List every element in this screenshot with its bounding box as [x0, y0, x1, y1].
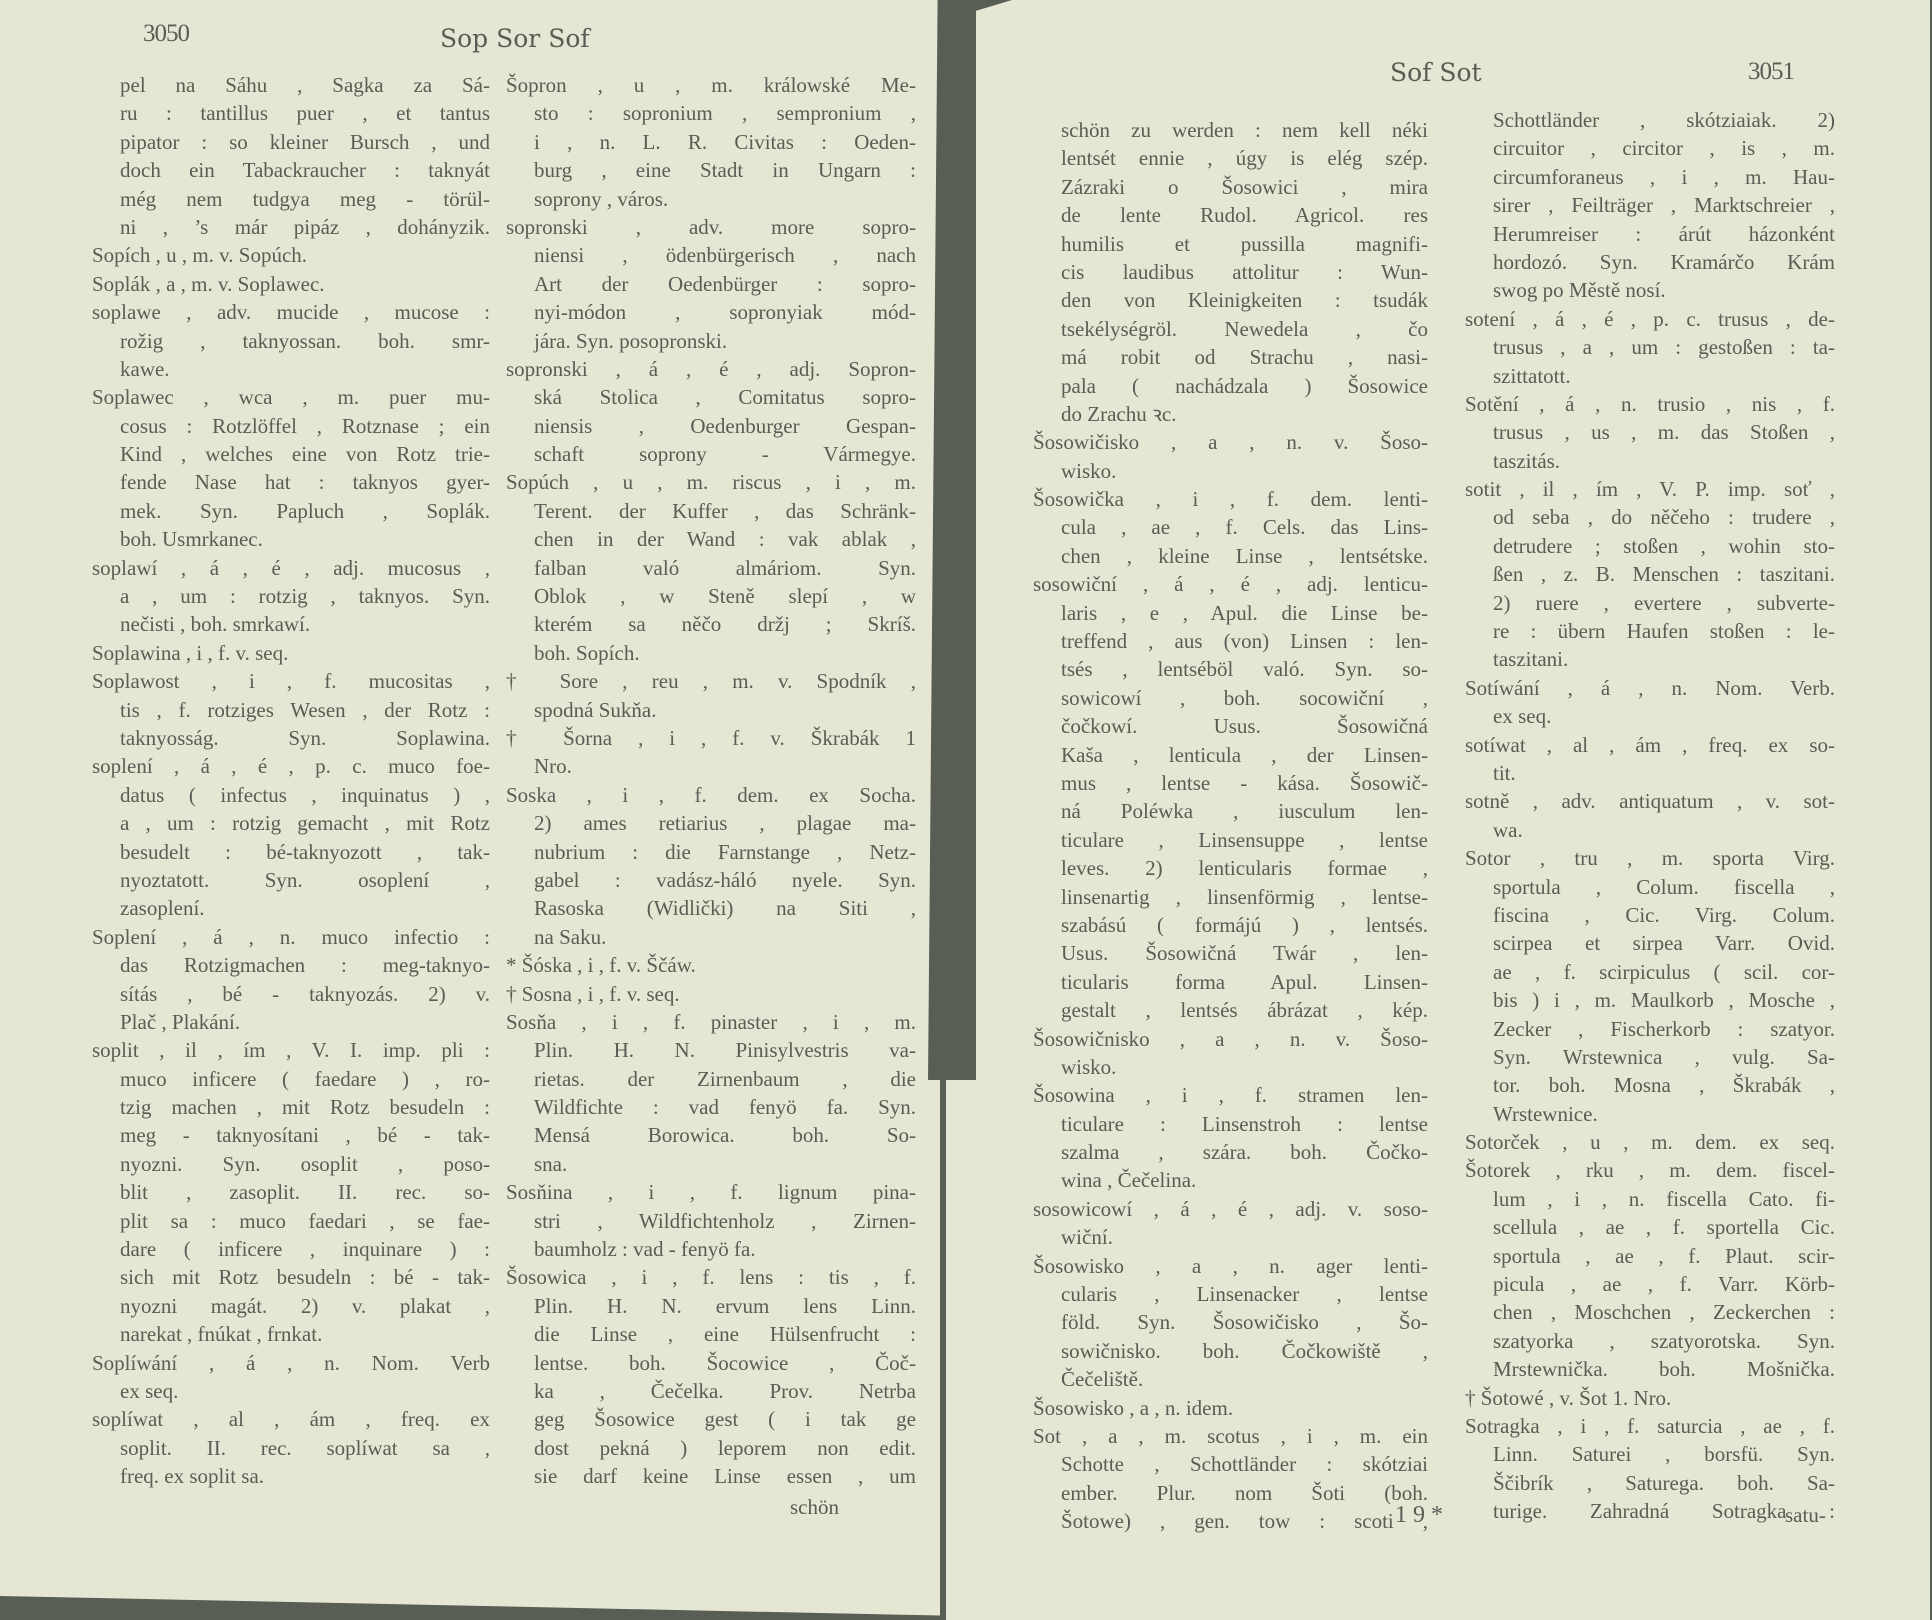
entry-headword-line: soplawí , á , é , adj. mucosus , — [92, 554, 490, 582]
entry-headword-line: Soplawec , wca , m. puer mu- — [92, 383, 490, 411]
entry-continuation-line: muco inficere ( faedare ) , ro- — [92, 1065, 490, 1093]
entry-headword-line: soplení , á , é , p. c. muco foe- — [92, 752, 490, 780]
entry-continuation-line: szatyorka , szatyorotska. Syn. — [1465, 1327, 1835, 1355]
entry-continuation-line: lentsét ennie , úgy is elég szép. — [1033, 144, 1428, 172]
entry-headword-line: Sotragka , i , f. saturcia , ae , f. — [1465, 1412, 1835, 1440]
entry-continuation-line: mus , lentse - kása. Šosowič- — [1033, 769, 1428, 797]
entry-continuation-line: chen , kleine Linse , lentsétske. — [1033, 542, 1428, 570]
entry-continuation-line: trusus , a , um : gestoßen : ta- — [1465, 333, 1835, 361]
entry-continuation-line: blit , zasoplit. II. rec. so- — [92, 1178, 490, 1206]
entry-continuation-line: taszitás. — [1465, 447, 1835, 475]
entry-continuation-line: plit sa : muco faedari , se fae- — [92, 1207, 490, 1235]
entry-continuation-line: Syn. Wrstewnica , vulg. Sa- — [1465, 1043, 1835, 1071]
right-page: Sof Sot 3051 schön zu werden : nem kell … — [975, 0, 1932, 1620]
entry-continuation-line: leves. 2) lenticularis formae , — [1033, 854, 1428, 882]
entry-headword-line: Sopúch , u , m. riscus , i , m. — [506, 468, 916, 496]
entry-continuation-line: lum , i , n. fiscella Cato. fi- — [1465, 1185, 1835, 1213]
entry-continuation-line: turige. Zahradná Sotragka : — [1465, 1497, 1835, 1525]
entry-continuation-line: de lente Rudol. Agricol. res — [1033, 201, 1428, 229]
entry-continuation-line: Oblok , w Steně slepí , w — [506, 582, 916, 610]
entry-continuation-line: a , um : rotzig , taknyos. Syn. — [92, 582, 490, 610]
entry-continuation-line: wisko. — [1033, 1053, 1428, 1081]
entry-continuation-line: wisko. — [1033, 457, 1428, 485]
entry-continuation-line: chen in der Wand : vak ablak , — [506, 525, 916, 553]
entry-continuation-line: rožig , taknyossan. boh. smr- — [92, 327, 490, 355]
entry-headword-line: Soplíwání , á , n. Nom. Verb — [92, 1349, 490, 1377]
entry-continuation-line: ex seq. — [1465, 702, 1835, 730]
entry-continuation-line: fende Nase hat : taknyos gyer- — [92, 468, 490, 496]
entry-continuation-line: Kaša , lenticula , der Linsen- — [1033, 741, 1428, 769]
entry-headword-line: Sosňa , i , f. pinaster , i , m. — [506, 1008, 916, 1036]
entry-continuation-line: ná Poléwka , iusculum len- — [1033, 797, 1428, 825]
entry-continuation-line: Usus. Šosowičná Twár , len- — [1033, 939, 1428, 967]
entry-continuation-line: Čečeliště. — [1033, 1365, 1428, 1393]
entry-continuation-line: ticulare , Linsensuppe , lentse — [1033, 826, 1428, 854]
entry-continuation-line: Nro. — [506, 752, 916, 780]
entry-continuation-line: Plin. H. N. Pinisylvestris va- — [506, 1036, 916, 1064]
entry-headword-line: sotení , á , é , p. c. trusus , de- — [1465, 305, 1835, 333]
entry-continuation-line: 2) ruere , evertere , subverte- — [1465, 589, 1835, 617]
entry-continuation-line: Plač , Plakání. — [92, 1008, 490, 1036]
entry-continuation-line: Schotte , Schottländer : skótziai — [1033, 1450, 1428, 1478]
entry-continuation-line: ni , ’s már pipáz , dohányzik. — [92, 213, 490, 241]
entry-continuation-line: jára. Syn. posopronski. — [506, 327, 916, 355]
entry-headword-line: Šosowica , i , f. lens : tis , f. — [506, 1263, 916, 1291]
entry-headword-line: Sotění , á , n. trusio , nis , f. — [1465, 390, 1835, 418]
entry-continuation-line: baumholz : vad - fenyö fa. — [506, 1235, 916, 1263]
entry-continuation-line: circuitor , circitor , is , m. — [1465, 134, 1835, 162]
entry-continuation-line: das Rotzigmachen : meg-taknyo- — [92, 951, 490, 979]
entry-continuation-line: tor. boh. Mosna , Škrabák , — [1465, 1071, 1835, 1099]
entry-continuation-line: tsekélységröl. Newedela , čo — [1033, 315, 1428, 343]
entry-continuation-line: taknyosság. Syn. Soplawina. — [92, 724, 490, 752]
entry-continuation-line: linsenartig , linsenförmig , lentse- — [1033, 883, 1428, 911]
entry-continuation-line: datus ( infectus , inquinatus ) , — [92, 781, 490, 809]
entry-continuation-line: még nem tudgya meg - törül- — [92, 185, 490, 213]
entry-continuation-line: 2) ames retiarius , plagae ma- — [506, 809, 916, 837]
entry-continuation-line: ská Stolica , Comitatus sopro- — [506, 383, 916, 411]
entry-continuation-line: meg - taknyosítani , bé - tak- — [92, 1121, 490, 1149]
entry-continuation-line: cula , ae , f. Cels. das Lins- — [1033, 513, 1428, 541]
entry-continuation-line: burg , eine Stadt in Ungarn : — [506, 156, 916, 184]
entry-continuation-line: falban való almáriom. Syn. — [506, 554, 916, 582]
entry-continuation-line: tsés , lentséböl való. Syn. so- — [1033, 655, 1428, 683]
entry-continuation-line: swog po Městě nosí. — [1465, 276, 1835, 304]
entry-continuation-line: die Linse , eine Hülsenfrucht : — [506, 1320, 916, 1348]
entry-continuation-line: föld. Syn. Šosowičisko , Šo- — [1033, 1308, 1428, 1336]
entry-continuation-line: dare ( inficere , inquinare ) : — [92, 1235, 490, 1263]
entry-headword-line: * Šóska , i , f. v. Ščáw. — [506, 951, 916, 979]
entry-continuation-line: dost pekná ) leporem non edit. — [506, 1434, 916, 1462]
entry-continuation-line: sítás , bé - taknyozás. 2) v. — [92, 980, 490, 1008]
entry-continuation-line: sto : sopronium , sempronium , — [506, 99, 916, 127]
entry-continuation-line: Wildfichte : vad fenyö fa. Syn. — [506, 1093, 916, 1121]
entry-continuation-line: ex seq. — [92, 1377, 490, 1405]
entry-headword-line: Soska , i , f. dem. ex Socha. — [506, 781, 916, 809]
page-edge-shadow — [0, 1590, 940, 1620]
entry-headword-line: Soplawina , i , f. v. seq. — [92, 639, 490, 667]
column-1: pel na Sáhu , Sagka za Sá-ru : tantillus… — [92, 71, 490, 1491]
entry-continuation-line: geg Šosowice gest ( i tak ge — [506, 1405, 916, 1433]
entry-continuation-line: Herumreiser : árút házonként — [1465, 220, 1835, 248]
entry-continuation-line: fiscina , Cic. Virg. Colum. — [1465, 901, 1835, 929]
entry-continuation-line: detrudere ; stoßen , wohin sto- — [1465, 532, 1835, 560]
entry-headword-line: soplawe , adv. mucide , mucose : — [92, 298, 490, 326]
entry-continuation-line: Kind , welches eine von Rotz trie- — [92, 440, 490, 468]
entry-headword-line: Šosowičisko , a , n. v. Šoso- — [1033, 428, 1428, 456]
entry-continuation-line: nyozni magát. 2) v. plakat , — [92, 1292, 490, 1320]
entry-headword-line: Soplák , a , m. v. Soplawec. — [92, 270, 490, 298]
entry-headword-line: sosowicowí , á , é , adj. v. soso- — [1033, 1195, 1428, 1223]
entry-continuation-line: Terent. der Kuffer , das Schränk- — [506, 497, 916, 525]
entry-headword-line: † Sore , reu , m. v. Spodník , — [506, 667, 916, 695]
entry-continuation-line: bis ) i , m. Maulkorb , Mosche , — [1465, 986, 1835, 1014]
entry-continuation-line: trusus , us , m. das Stoßen , — [1465, 418, 1835, 446]
entry-continuation-line: wiční. — [1033, 1223, 1428, 1251]
entry-continuation-line: soprony , város. — [506, 185, 916, 213]
entry-headword-line: † Šorna , i , f. v. Škrabák 1 — [506, 724, 916, 752]
entry-headword-line: † Sosna , i , f. v. seq. — [506, 980, 916, 1008]
entry-continuation-line: do Zrachu ꝛc. — [1033, 400, 1428, 428]
entry-continuation-line: spodná Sukňa. — [506, 696, 916, 724]
gutter-line — [940, 1080, 946, 1620]
entry-continuation-line: szalma , szára. boh. Čočko- — [1033, 1138, 1428, 1166]
entry-headword-line: Soplení , á , n. muco infectio : — [92, 923, 490, 951]
entry-continuation-line: má robit od Strachu , nasi- — [1033, 343, 1428, 371]
entry-continuation-line: ticularis forma Apul. Linsen- — [1033, 968, 1428, 996]
entry-continuation-line: Linn. Saturei , borsfü. Syn. — [1465, 1440, 1835, 1468]
entry-continuation-line: tzig machen , mit Rotz besudeln : — [92, 1093, 490, 1121]
entry-headword-line: Sotor , tru , m. sporta Virg. — [1465, 844, 1835, 872]
entry-continuation-line: a , um : rotzig gemacht , mit Rotz — [92, 809, 490, 837]
catchword: satu- — [1785, 1503, 1826, 1528]
entry-headword-line: Sotorček , u , m. dem. ex seq. — [1465, 1128, 1835, 1156]
entry-continuation-line: pala ( nachádzala ) Šosowice — [1033, 372, 1428, 400]
entry-continuation-line: Plin. H. N. ervum lens Linn. — [506, 1292, 916, 1320]
entry-headword-line: Soplawost , i , f. mucositas , — [92, 667, 490, 695]
entry-headword-line: sotně , adv. antiquatum , v. sot- — [1465, 787, 1835, 815]
entry-headword-line: Šosowisko , a , n. idem. — [1033, 1394, 1428, 1422]
entry-continuation-line: besudelt : bé-taknyozott , tak- — [92, 838, 490, 866]
left-page: 3050 Sop Sor Sof pel na Sáhu , Sagka za … — [0, 0, 940, 1620]
entry-headword-line: † Šotowé , v. Šot 1. Nro. — [1465, 1384, 1835, 1412]
page-number: 3050 — [143, 20, 189, 48]
entry-continuation-line: ka , Čečelka. Prov. Netrba — [506, 1377, 916, 1405]
entry-headword-line: sosowiční , á , é , adj. lenticu- — [1033, 570, 1428, 598]
entry-continuation-line: cosus : Rotzlöffel , Rotznase ; ein — [92, 412, 490, 440]
entry-continuation-line: den von Kleinigkeiten : tsudák — [1033, 286, 1428, 314]
entry-continuation-line: sie darf keine Linse essen , um — [506, 1462, 916, 1490]
entry-headword-line: Sot , a , m. scotus , i , m. ein — [1033, 1422, 1428, 1450]
entry-headword-line: sotit , il , ím , V. P. imp. soť , — [1465, 475, 1835, 503]
entry-continuation-line: lentse. boh. Šocowice , Čoč- — [506, 1349, 916, 1377]
entry-continuation-line: niensi , ödenbürgerisch , nach — [506, 241, 916, 269]
entry-headword-line: soplit , il , ím , V. I. imp. pli : — [92, 1036, 490, 1064]
entry-continuation-line: nubrium : die Farnstange , Netz- — [506, 838, 916, 866]
entry-headword-line: sopronski , á , é , adj. Sopron- — [506, 355, 916, 383]
entry-continuation-line: gestalt , lentsés ábrázat , kép. — [1033, 996, 1428, 1024]
entry-continuation-line: pel na Sáhu , Sagka za Sá- — [92, 71, 490, 99]
entry-continuation-line: niensis , Oedenburger Gespan- — [506, 412, 916, 440]
column-2: Šopron , u , m. králowské Me-sto : sopro… — [506, 71, 916, 1491]
entry-continuation-line: kawe. — [92, 355, 490, 383]
entry-continuation-line: sirer , Feilträger , Marktschreier , — [1465, 191, 1835, 219]
entry-continuation-line: nyi-módon , sopronyiak mód- — [506, 298, 916, 326]
entry-continuation-line: szittatott. — [1465, 362, 1835, 390]
column-1: schön zu werden : nem kell nékilentsét e… — [1033, 116, 1428, 1536]
entry-continuation-line: tit. — [1465, 759, 1835, 787]
running-head: Sof Sot — [1390, 58, 1482, 87]
entry-continuation-line: boh. Usmrkanec. — [92, 525, 490, 553]
entry-continuation-line: taszitani. — [1465, 645, 1835, 673]
entry-continuation-line: Schottländer , skótziaiak. 2) — [1465, 106, 1835, 134]
entry-continuation-line: ae , f. scirpiculus ( scil. cor- — [1465, 958, 1835, 986]
entry-continuation-line: zasoplení. — [92, 894, 490, 922]
entry-continuation-line: ßen , z. B. Menschen : taszitani. — [1465, 560, 1835, 588]
entry-continuation-line: stri , Wildfichtenholz , Zirnen- — [506, 1207, 916, 1235]
entry-headword-line: Šotorek , rku , m. dem. fiscel- — [1465, 1156, 1835, 1184]
entry-continuation-line: cis laudibus attolitur : Wun- — [1033, 258, 1428, 286]
entry-headword-line: Šosowina , i , f. stramen len- — [1033, 1081, 1428, 1109]
entry-continuation-line: sportula , Colum. fiscella , — [1465, 873, 1835, 901]
entry-headword-line: Šosowičnisko , a , n. v. Šoso- — [1033, 1025, 1428, 1053]
entry-continuation-line: Ščibrík , Saturega. boh. Sa- — [1465, 1469, 1835, 1497]
entry-continuation-line: ticulare : Linsenstroh : lentse — [1033, 1110, 1428, 1138]
entry-continuation-line: i , n. L. R. Civitas : Oeden- — [506, 128, 916, 156]
entry-continuation-line: freq. ex soplit sa. — [92, 1462, 490, 1490]
entry-continuation-line: ru : tantillus puer , et tantus — [92, 99, 490, 127]
entry-continuation-line: čočkowí. Usus. Šosowičná — [1033, 712, 1428, 740]
entry-continuation-line: sna. — [506, 1150, 916, 1178]
entry-continuation-line: pipator : so kleiner Bursch , und — [92, 128, 490, 156]
entry-continuation-line: circumforaneus , i , m. Hau- — [1465, 163, 1835, 191]
entry-continuation-line: re : übern Haufen stoßen : le- — [1465, 617, 1835, 645]
entry-headword-line: Šopron , u , m. králowské Me- — [506, 71, 916, 99]
entry-continuation-line: sowicowí , boh. socowiční , — [1033, 684, 1428, 712]
entry-continuation-line: gabel : vadász-háló nyele. Syn. — [506, 866, 916, 894]
entry-continuation-line: sich mit Rotz besudeln : bé - tak- — [92, 1263, 490, 1291]
entry-headword-line: Šosowička , i , f. dem. lenti- — [1033, 485, 1428, 513]
entry-continuation-line: sowičnisko. boh. Čočkowiště , — [1033, 1337, 1428, 1365]
entry-continuation-line: boh. Sopích. — [506, 639, 916, 667]
entry-continuation-line: Art der Oedenbürger : sopro- — [506, 270, 916, 298]
entry-headword-line: sopronski , adv. more sopro- — [506, 213, 916, 241]
column-2: Schottländer , skótziaiak. 2)circuitor ,… — [1465, 106, 1835, 1526]
catchword: schön — [790, 1495, 839, 1520]
entry-continuation-line: schaft soprony - Vármegye. — [506, 440, 916, 468]
entry-continuation-line: treffend , aus (von) Linsen : len- — [1033, 627, 1428, 655]
entry-continuation-line: Šotowe) , gen. tow : scoti , — [1033, 1507, 1428, 1535]
entry-continuation-line: od seba , do něčeho : trudere , — [1465, 503, 1835, 531]
entry-continuation-line: wa. — [1465, 816, 1835, 844]
entry-continuation-line: hordozó. Syn. Kramárčo Krám — [1465, 248, 1835, 276]
entry-headword-line: soplíwat , al , ám , freq. ex — [92, 1405, 490, 1433]
entry-continuation-line: tis , f. rotziges Wesen , der Rotz : — [92, 696, 490, 724]
entry-continuation-line: picula , ae , f. Varr. Körb- — [1465, 1270, 1835, 1298]
entry-continuation-line: narekat , fnúkat , frnkat. — [92, 1320, 490, 1348]
entry-continuation-line: doch ein Tabackraucher : taknyát — [92, 156, 490, 184]
entry-continuation-line: sportula , ae , f. Plaut. scir- — [1465, 1242, 1835, 1270]
entry-continuation-line: Mrstewnička. boh. Mošnička. — [1465, 1355, 1835, 1383]
entry-continuation-line: schön zu werden : nem kell néki — [1033, 116, 1428, 144]
entry-continuation-line: cularis , Linsenacker , lentse — [1033, 1280, 1428, 1308]
entry-continuation-line: rietas. der Zirnenbaum , die — [506, 1065, 916, 1093]
entry-continuation-line: kterém sa něčo držj ; Skríš. — [506, 610, 916, 638]
entry-continuation-line: nyozni. Syn. osoplit , poso- — [92, 1150, 490, 1178]
entry-headword-line: Sotíwání , á , n. Nom. Verb. — [1465, 674, 1835, 702]
entry-continuation-line: na Saku. — [506, 923, 916, 951]
entry-headword-line: Šosowisko , a , n. ager lenti- — [1033, 1252, 1428, 1280]
entry-continuation-line: humilis et pussilla magnifi- — [1033, 230, 1428, 258]
entry-continuation-line: nyoztatott. Syn. osoplení , — [92, 866, 490, 894]
entry-headword-line: Sopích , u , m. v. Sopúch. — [92, 241, 490, 269]
printer-signature: 1 9 * — [1395, 1502, 1443, 1529]
running-head: Sop Sor Sof — [440, 24, 590, 53]
entry-headword-line: sotíwat , al , ám , freq. ex so- — [1465, 731, 1835, 759]
entry-continuation-line: mek. Syn. Papluch , Soplák. — [92, 497, 490, 525]
page-number: 3051 — [1748, 58, 1794, 86]
entry-continuation-line: scellula , ae , f. sportella Cic. — [1465, 1213, 1835, 1241]
entry-continuation-line: Rasoska (Widlički) na Siti , — [506, 894, 916, 922]
entry-continuation-line: wina , Čečelina. — [1033, 1166, 1428, 1194]
entry-continuation-line: Mensá Borowica. boh. So- — [506, 1121, 916, 1149]
entry-continuation-line: nečisti , boh. smrkawí. — [92, 610, 490, 638]
entry-continuation-line: Zázraki o Šosowici , mira — [1033, 173, 1428, 201]
entry-continuation-line: soplit. II. rec. soplíwat sa , — [92, 1434, 490, 1462]
entry-continuation-line: laris , e , Apul. die Linse be- — [1033, 599, 1428, 627]
entry-continuation-line: ember. Plur. nom Šoti (boh. — [1033, 1479, 1428, 1507]
entry-continuation-line: scirpea et sirpea Varr. Ovid. — [1465, 929, 1835, 957]
entry-continuation-line: chen , Moschchen , Zeckerchen : — [1465, 1298, 1835, 1326]
entry-continuation-line: Wrstewnice. — [1465, 1100, 1835, 1128]
entry-headword-line: Sosňina , i , f. lignum pina- — [506, 1178, 916, 1206]
entry-continuation-line: szabású ( formájú ) , lentsés. — [1033, 911, 1428, 939]
entry-continuation-line: Zecker , Fischerkorb : szatyor. — [1465, 1015, 1835, 1043]
